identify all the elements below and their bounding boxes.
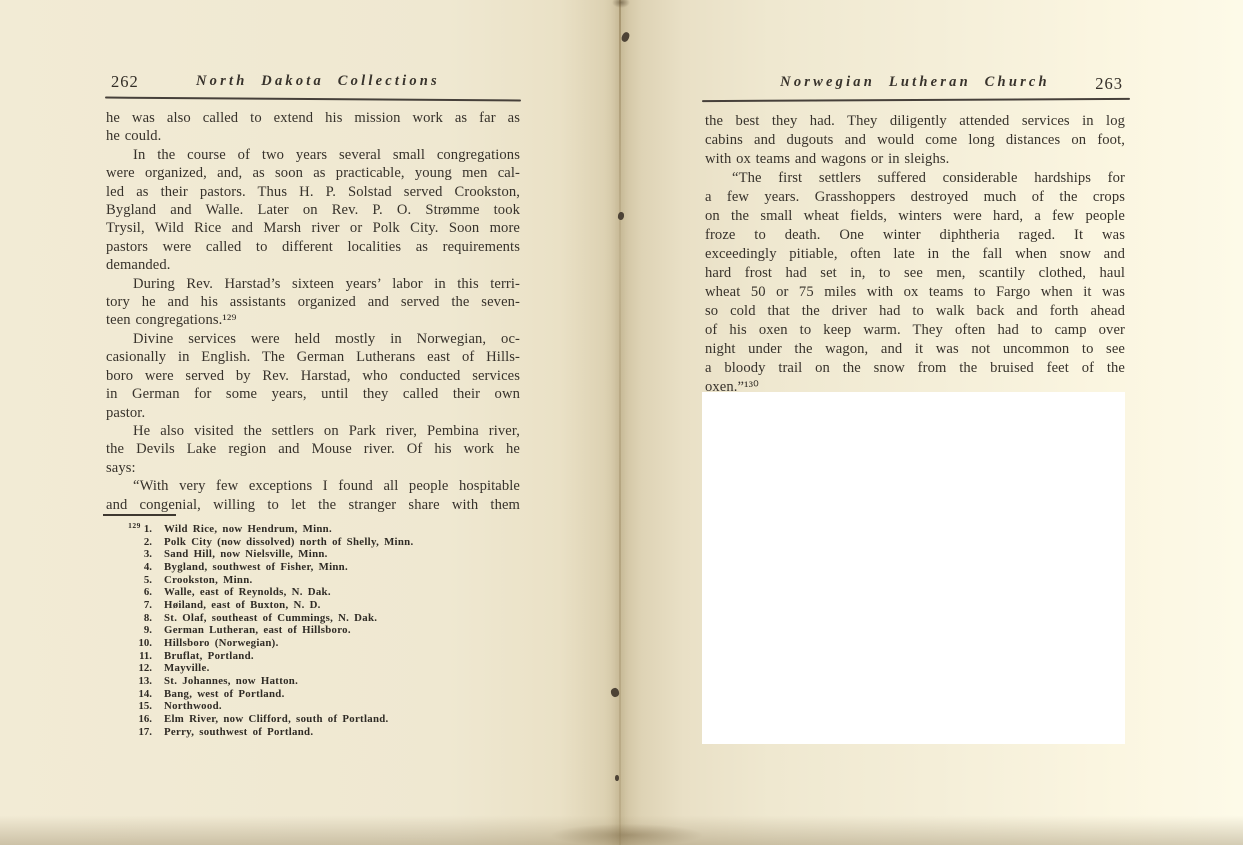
footnote-number: 13. [106,675,152,688]
text-line: and congenial, willing to let the strang… [106,496,520,514]
spine-stitch [615,775,619,781]
footnote-text: Mayville. [152,662,210,674]
page-left: 262 North Dakota Collections he was also… [106,0,520,845]
book-spread-scan: 262 North Dakota Collections he was also… [0,0,1243,845]
text-line: led as their pastors. Thus H. P. Solstad… [106,183,520,201]
footnote-text: Bruflat, Portland. [152,650,254,662]
body-text-right: the best they had. They diligently atten… [705,112,1125,397]
footnote-text: Bygland, southwest of Fisher, Minn. [152,561,348,573]
text-line: with ox teams and wagons or in sleighs. [705,150,1125,169]
footnote-number: 3. [106,548,152,561]
footnote-text: Polk City (now dissolved) north of Shell… [152,536,413,548]
text-line: demanded. [106,256,520,274]
text-line: Trysil, Wild Rice and Marsh river or Pol… [106,219,520,237]
footnote-number: 1291. [106,520,152,536]
body-text-left: he was also called to extend his mission… [106,109,520,514]
text-line: he could. [106,127,520,145]
footnote-rule [103,514,176,516]
footnote-row: 8.St. Olaf, southeast of Cummings, N. Da… [106,612,520,625]
text-line: casionally in English. The German Luther… [106,348,520,366]
footnote-number: 16. [106,713,152,726]
text-line: so cold that the driver had to walk back… [705,302,1125,321]
text-line: In the course of two years several small… [106,146,520,164]
footnote-number: 6. [106,586,152,599]
text-line: hard frost had set in, to see men, scant… [705,264,1125,283]
text-line: He also visited the settlers on Park riv… [106,422,520,440]
text-line: a bloody trail on the snow from the brui… [705,359,1125,378]
text-line: a few years. Grasshoppers destroyed much… [705,188,1125,207]
book-spine-crease [619,0,621,845]
text-line: teen congregations.¹²⁹ [106,311,520,329]
footnote-text: Bang, west of Portland. [152,688,285,700]
footnote-list: 1291.Wild Rice, now Hendrum, Minn.2.Polk… [106,520,520,738]
footnote-row: 1291.Wild Rice, now Hendrum, Minn. [106,520,520,536]
footnote-row: 16.Elm River, now Clifford, south of Por… [106,713,520,726]
footnote-text: Crookston, Minn. [152,574,253,586]
footnote-text: Perry, southwest of Portland. [152,726,313,738]
text-line: tory he and his assistants organized and… [106,293,520,311]
footnote-row: 10.Hillsboro (Norwegian). [106,637,520,650]
text-line: the best they had. They diligently atten… [705,112,1125,131]
footnote-number: 11. [106,650,152,663]
text-line: were organized, and, as soon as practica… [106,164,520,182]
text-line: “With very few exceptions I found all pe… [106,477,520,495]
text-line: exceedingly pitiable, often late in the … [705,245,1125,264]
footnote-text: Hillsboro (Norwegian). [152,637,279,649]
footnote-number: 15. [106,700,152,713]
text-line: boro were served by Rev. Harstad, who co… [106,367,520,385]
footnote-number: 14. [106,688,152,701]
text-line: in German for some years, until they cal… [106,385,520,403]
footnote-row: 6.Walle, east of Reynolds, N. Dak. [106,586,520,599]
text-line: Bygland and Walle. Later on Rev. P. O. S… [106,201,520,219]
redacted-image-region [702,392,1125,744]
footnote-row: 12.Mayville. [106,662,520,675]
header-rule-right [702,98,1130,102]
footnote-row: 17.Perry, southwest of Portland. [106,726,520,739]
text-line: cabins and dugouts and would come long d… [705,131,1125,150]
footnote-anchor-marker: 129 [128,521,141,530]
page-number-left: 262 [111,72,139,92]
text-line: During Rev. Harstad’s sixteen years’ lab… [106,275,520,293]
text-line: pastors were called to different localit… [106,238,520,256]
footnote-row: 15.Northwood. [106,700,520,713]
text-line: pastor. [106,404,520,422]
text-line: froze to death. One winter diphtheria ra… [705,226,1125,245]
footnote-row: 11.Bruflat, Portland. [106,650,520,663]
footnote-text: Sand Hill, now Nielsville, Minn. [152,548,328,560]
text-line: he was also called to extend his mission… [106,109,520,127]
footnote-row: 2.Polk City (now dissolved) north of She… [106,536,520,549]
footnote-number: 17. [106,726,152,739]
footnote-row: 13.St. Johannes, now Hatton. [106,675,520,688]
footnote-text: German Lutheran, east of Hillsboro. [152,624,351,636]
footnote-text: Elm River, now Clifford, south of Portla… [152,713,389,725]
footnote-number: 12. [106,662,152,675]
text-line: night under the wagon, and it was not un… [705,340,1125,359]
text-line: Divine services were held mostly in Norw… [106,330,520,348]
page-number-right: 263 [1095,74,1123,94]
text-line: “The first settlers suffered considerabl… [705,169,1125,188]
footnote-text: Walle, east of Reynolds, N. Dak. [152,586,331,598]
footnote-text: Wild Rice, now Hendrum, Minn. [152,523,332,535]
footnote-row: 9.German Lutheran, east of Hillsboro. [106,624,520,637]
footnote-number: 9. [106,624,152,637]
footnote-number: 5. [106,574,152,587]
spine-bottom-shadow [552,824,702,845]
footnote-row: 14.Bang, west of Portland. [106,688,520,701]
header-rule-left [105,97,521,102]
footnote-number: 2. [106,536,152,549]
footnote-number: 4. [106,561,152,574]
text-line: of his oxen to keep warm. They often had… [705,321,1125,340]
text-line: on the small wheat fields, winters were … [705,207,1125,226]
footnote-number: 8. [106,612,152,625]
text-line: says: [106,459,520,477]
page-right: Norwegian Lutheran Church 263 the best t… [705,0,1125,845]
footnote-number: 10. [106,637,152,650]
text-line: wheat 50 or 75 miles with ox teams to Fa… [705,283,1125,302]
footnote-row: 4.Bygland, southwest of Fisher, Minn. [106,561,520,574]
spine-stitch [620,31,630,43]
footnote-row: 7.Høiland, east of Buxton, N. D. [106,599,520,612]
footnote-text: Høiland, east of Buxton, N. D. [152,599,321,611]
text-line: the Devils Lake region and Mouse river. … [106,440,520,458]
footnote-number: 7. [106,599,152,612]
running-head-left: North Dakota Collections [196,73,436,90]
footnote-row: 5.Crookston, Minn. [106,574,520,587]
spine-top-shadow [612,0,630,8]
footnote-text: St. Olaf, southeast of Cummings, N. Dak. [152,612,377,624]
footnote-row: 3.Sand Hill, now Nielsville, Minn. [106,548,520,561]
running-head-right: Norwegian Lutheran Church [745,74,1085,91]
footnote-text: Northwood. [152,700,222,712]
footnote-text: St. Johannes, now Hatton. [152,675,298,687]
spine-stitch [617,212,624,221]
